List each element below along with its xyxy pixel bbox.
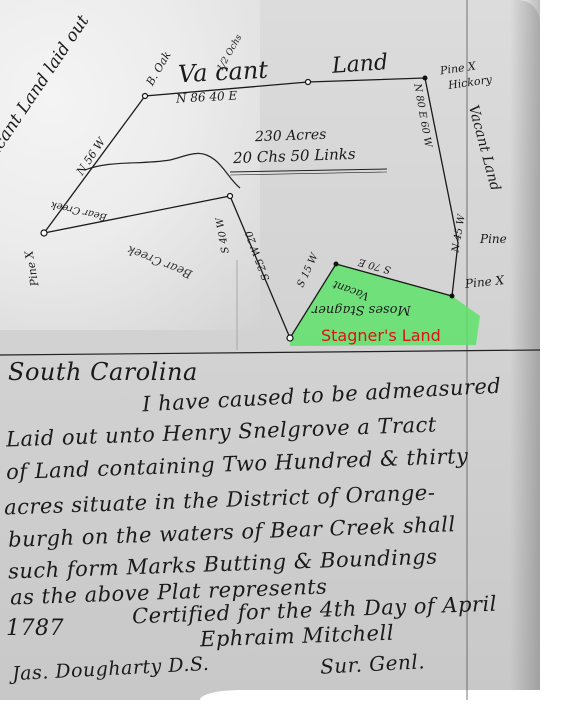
plat-label-land: Land (331, 50, 389, 79)
separator-line (0, 350, 540, 355)
plat-acreage: 230 Acres (255, 127, 327, 145)
plat-stagner-inner-2: Moses Stagner (312, 302, 411, 317)
stagner-land-label: Stagner's Land (321, 326, 441, 345)
document-year: 1787 (6, 616, 64, 641)
plat-corner-pine: Pine (480, 232, 507, 246)
document-heading: South Carolina (8, 358, 198, 386)
creek-line (85, 153, 240, 188)
